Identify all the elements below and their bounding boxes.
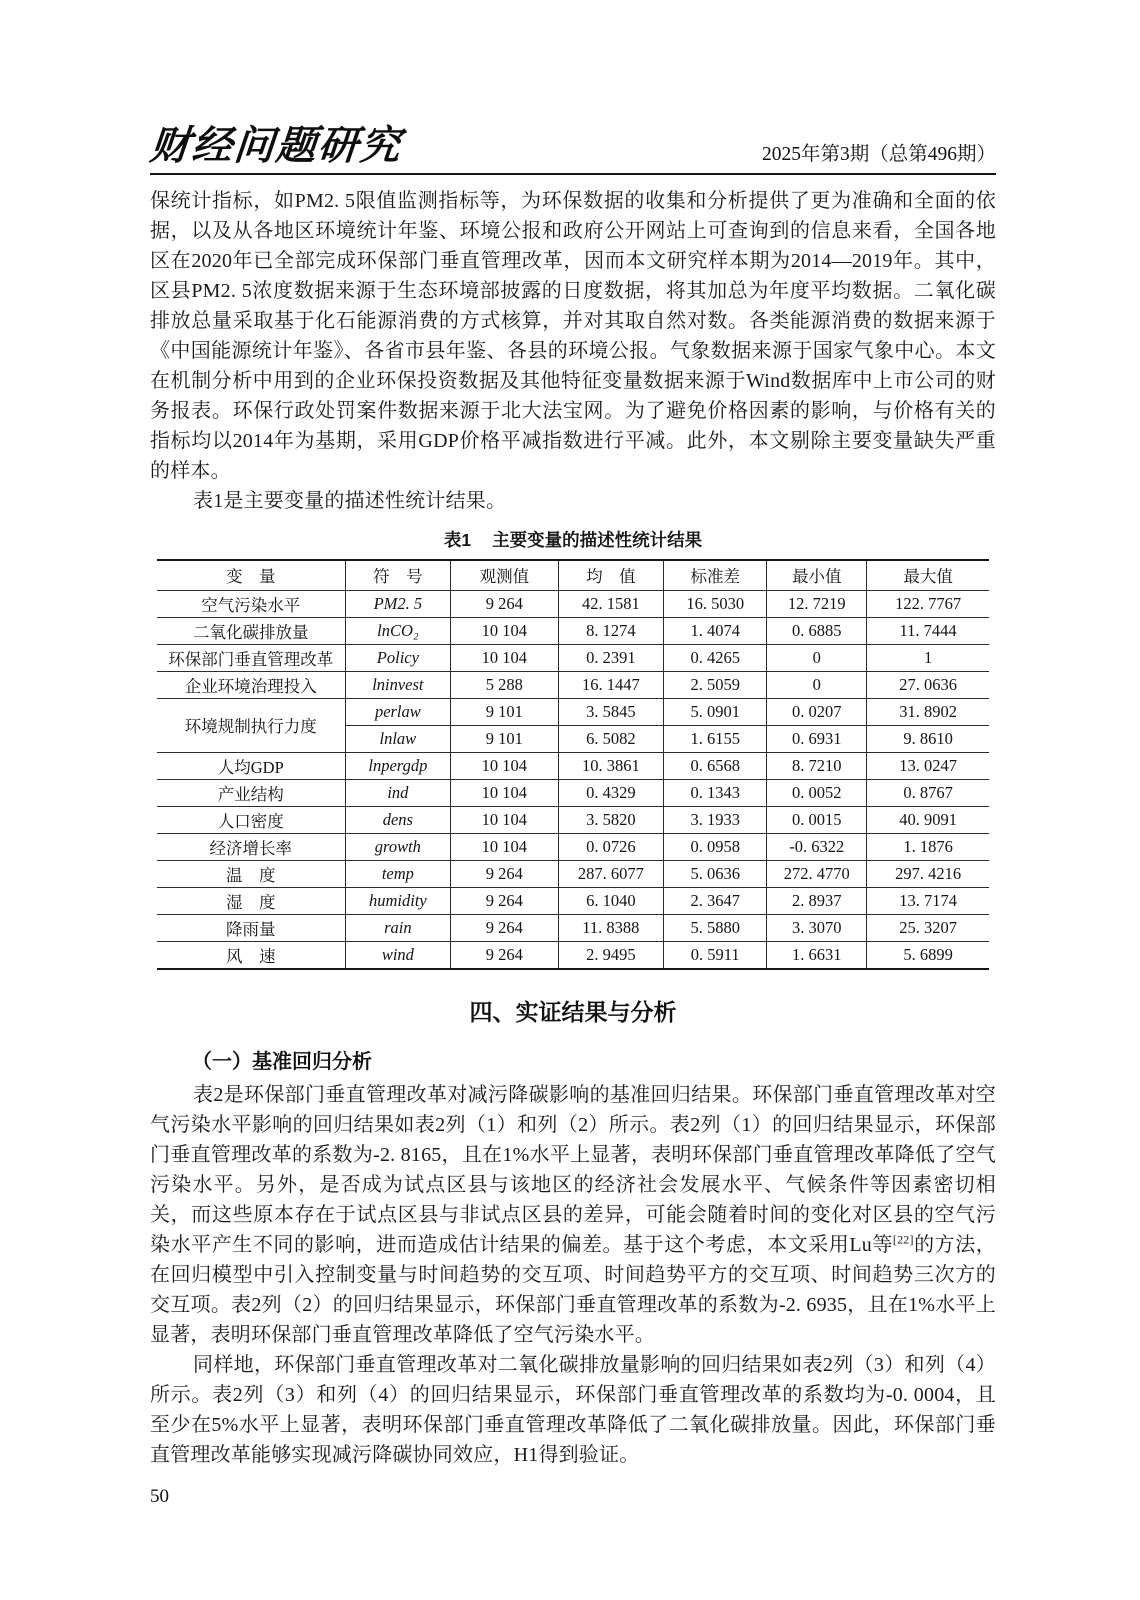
table-cell: 0. 6931 — [767, 725, 867, 752]
table-row: 企业环境治理投入 lninvest 5 288 16. 1447 2. 5059… — [157, 671, 989, 698]
table-cell: 40. 9091 — [867, 806, 989, 833]
table-cell: 10 104 — [451, 617, 558, 644]
table-symbol-cell: lnpergdp — [345, 752, 451, 779]
table-symbol-cell: rain — [345, 914, 451, 941]
table-symbol-cell: lnCO₂ — [345, 617, 451, 644]
table-symbol-cell: ind — [345, 779, 451, 806]
page-header: 财经问题研究 2025年第3期（总第496期） — [150, 126, 996, 175]
table-cell: 0. 8767 — [867, 779, 989, 806]
table-cell: 1. 1876 — [867, 833, 989, 860]
table-cell: 9 101 — [451, 698, 558, 725]
table-cell: 16. 1447 — [558, 671, 664, 698]
body-paragraph: 保统计指标，如PM2. 5限值监测指标等，为环保数据的收集和分析提供了更为准确和… — [150, 186, 996, 486]
table-row: 人均GDP lnpergdp 10 104 10. 3861 0. 6568 8… — [157, 752, 989, 779]
table-variable-cell: 环保部门垂直管理改革 — [157, 644, 345, 671]
table-symbol-cell: growth — [345, 833, 451, 860]
table-cell: 0. 5911 — [664, 941, 767, 969]
table-cell: 0. 0015 — [767, 806, 867, 833]
table-row: 人口密度 dens 10 104 3. 5820 3. 1933 0. 0015… — [157, 806, 989, 833]
table-row: 二氧化碳排放量 lnCO₂ 10 104 8. 1274 1. 4074 0. … — [157, 617, 989, 644]
table-row: 风 速 wind 9 264 2. 9495 0. 5911 1. 6631 5… — [157, 941, 989, 969]
table-cell: 2. 9495 — [558, 941, 664, 969]
table-cell: 12. 7219 — [767, 590, 867, 617]
table-cell: 5. 0901 — [664, 698, 767, 725]
table-row: 温 度 temp 9 264 287. 6077 5. 0636 272. 47… — [157, 860, 989, 887]
table-cell: 9 264 — [451, 914, 558, 941]
table-cell: 3. 1933 — [664, 806, 767, 833]
table-header-cell: 均 值 — [558, 560, 664, 590]
table-variable-cell: 环境规制执行力度 — [157, 698, 345, 752]
table-variable-cell: 风 速 — [157, 941, 345, 969]
table-cell: 0. 6885 — [767, 617, 867, 644]
table-cell: 0. 0207 — [767, 698, 867, 725]
table-symbol-cell: lninvest — [345, 671, 451, 698]
table-symbol-cell: temp — [345, 860, 451, 887]
table-cell: 5 288 — [451, 671, 558, 698]
table-cell: 297. 4216 — [867, 860, 989, 887]
table-cell: 0. 2391 — [558, 644, 664, 671]
table-cell: 9 101 — [451, 725, 558, 752]
table-cell: 8. 7210 — [767, 752, 867, 779]
table-row: 环保部门垂直管理改革 Policy 10 104 0. 2391 0. 4265… — [157, 644, 989, 671]
table-cell: 0. 4329 — [558, 779, 664, 806]
table-symbol-cell: perlaw — [345, 698, 451, 725]
issue-info: 2025年第3期（总第496期） — [762, 143, 996, 166]
table-cell: 9. 8610 — [867, 725, 989, 752]
table-cell: -0. 6322 — [767, 833, 867, 860]
table-symbol-cell: wind — [345, 941, 451, 969]
table-cell: 1. 4074 — [664, 617, 767, 644]
section-heading: 四、实证结果与分析 — [150, 994, 996, 1027]
table-cell: 0 — [767, 644, 867, 671]
table-header-cell: 最大值 — [867, 560, 989, 590]
table-variable-cell: 企业环境治理投入 — [157, 671, 345, 698]
table-row: 降雨量 rain 9 264 11. 8388 5. 5880 3. 3070 … — [157, 914, 989, 941]
table-cell: 0. 1343 — [664, 779, 767, 806]
body-paragraph: 表2是环保部门垂直管理改革对减污降碳影响的基准回归结果。环保部门垂直管理改革对空… — [150, 1080, 996, 1350]
table-cell: 11. 7444 — [867, 617, 989, 644]
table-header-cell: 符 号 — [345, 560, 451, 590]
paper-page: 财经问题研究 2025年第3期（总第496期） 保统计指标，如PM2. 5限值监… — [0, 0, 1140, 1600]
table-cell: 16. 5030 — [664, 590, 767, 617]
table-variable-cell: 产业结构 — [157, 779, 345, 806]
table-symbol-cell: PM2. 5 — [345, 590, 451, 617]
paragraph-text: 表2是环保部门垂直管理改革对减污降碳影响的基准回归结果。环保部门垂直管理改革对空… — [150, 1084, 996, 1256]
citation-superscript: [22] — [893, 1232, 914, 1246]
table-header-cell: 观测值 — [451, 560, 558, 590]
table-cell: 5. 6899 — [867, 941, 989, 969]
table-variable-cell: 二氧化碳排放量 — [157, 617, 345, 644]
table-cell: 9 264 — [451, 941, 558, 969]
table-cell: 1 — [867, 644, 989, 671]
table-cell: 3. 3070 — [767, 914, 867, 941]
table-row: 湿 度 humidity 9 264 6. 1040 2. 3647 2. 89… — [157, 887, 989, 914]
table-cell: 13. 0247 — [867, 752, 989, 779]
table-cell: 0. 6568 — [664, 752, 767, 779]
table-cell: 0. 0052 — [767, 779, 867, 806]
table-cell: 9 264 — [451, 860, 558, 887]
table-cell: 27. 0636 — [867, 671, 989, 698]
table-cell: 6. 1040 — [558, 887, 664, 914]
table-cell: 10 104 — [451, 752, 558, 779]
table-cell: 1. 6631 — [767, 941, 867, 969]
table-cell: 9 264 — [451, 887, 558, 914]
page-number: 50 — [150, 1486, 996, 1508]
table-cell: 5. 5880 — [664, 914, 767, 941]
table-cell: 10 104 — [451, 833, 558, 860]
table-cell: 10 104 — [451, 779, 558, 806]
table-cell: 0. 0726 — [558, 833, 664, 860]
table-symbol-cell: dens — [345, 806, 451, 833]
table-cell: 2. 5059 — [664, 671, 767, 698]
table-cell: 272. 4770 — [767, 860, 867, 887]
table1-caption: 表1主要变量的描述性统计结果 — [150, 527, 996, 552]
table-cell: 31. 8902 — [867, 698, 989, 725]
table-symbol-cell: humidity — [345, 887, 451, 914]
table-cell: 9 264 — [451, 590, 558, 617]
subsection-heading: （一）基准回归分析 — [150, 1045, 996, 1074]
table-row: 空气污染水平 PM2. 5 9 264 42. 1581 16. 5030 12… — [157, 590, 989, 617]
table-variable-cell: 人均GDP — [157, 752, 345, 779]
table-cell: 11. 8388 — [558, 914, 664, 941]
table-cell: 2. 3647 — [664, 887, 767, 914]
table-cell: 2. 8937 — [767, 887, 867, 914]
table-cell: 287. 6077 — [558, 860, 664, 887]
table-cell: 5. 0636 — [664, 860, 767, 887]
table-row: 产业结构 ind 10 104 0. 4329 0. 1343 0. 0052 … — [157, 779, 989, 806]
table-header-row: 变 量 符 号 观测值 均 值 标准差 最小值 最大值 — [157, 560, 989, 590]
table-cell: 10 104 — [451, 806, 558, 833]
table-variable-cell: 人口密度 — [157, 806, 345, 833]
table-cell: 0. 4265 — [664, 644, 767, 671]
table-variable-cell: 空气污染水平 — [157, 590, 345, 617]
table-cell: 3. 5820 — [558, 806, 664, 833]
table-header-cell: 最小值 — [767, 560, 867, 590]
descriptive-statistics-table: 变 量 符 号 观测值 均 值 标准差 最小值 最大值 空气污染水平 PM2. … — [157, 559, 989, 970]
table-row: 环境规制执行力度 perlaw 9 101 3. 5845 5. 0901 0.… — [157, 698, 989, 725]
table-header-cell: 标准差 — [664, 560, 767, 590]
table-symbol-cell: lnlaw — [345, 725, 451, 752]
body-paragraph: 表1是主要变量的描述性统计结果。 — [150, 486, 996, 516]
table-cell: 3. 5845 — [558, 698, 664, 725]
table-cell: 6. 5082 — [558, 725, 664, 752]
table-cell: 0 — [767, 671, 867, 698]
journal-logo: 财经问题研究 — [148, 126, 403, 166]
table-variable-cell: 温 度 — [157, 860, 345, 887]
table-variable-cell: 经济增长率 — [157, 833, 345, 860]
table-variable-cell: 湿 度 — [157, 887, 345, 914]
body-paragraph: 同样地，环保部门垂直管理改革对二氧化碳排放量影响的回归结果如表2列（3）和列（4… — [150, 1350, 996, 1470]
table-cell: 13. 7174 — [867, 887, 989, 914]
table-cell: 0. 0958 — [664, 833, 767, 860]
table1-caption-title: 主要变量的描述性统计结果 — [492, 530, 702, 550]
table-cell: 42. 1581 — [558, 590, 664, 617]
table-variable-cell: 降雨量 — [157, 914, 345, 941]
table-cell: 8. 1274 — [558, 617, 664, 644]
table-cell: 25. 3207 — [867, 914, 989, 941]
table1-caption-label: 表1 — [444, 530, 471, 550]
table-cell: 1. 6155 — [664, 725, 767, 752]
table-cell: 10. 3861 — [558, 752, 664, 779]
table-cell: 122. 7767 — [867, 590, 989, 617]
table-cell: 10 104 — [451, 644, 558, 671]
table-symbol-cell: Policy — [345, 644, 451, 671]
table-row: 经济增长率 growth 10 104 0. 0726 0. 0958 -0. … — [157, 833, 989, 860]
table-header-cell: 变 量 — [157, 560, 345, 590]
